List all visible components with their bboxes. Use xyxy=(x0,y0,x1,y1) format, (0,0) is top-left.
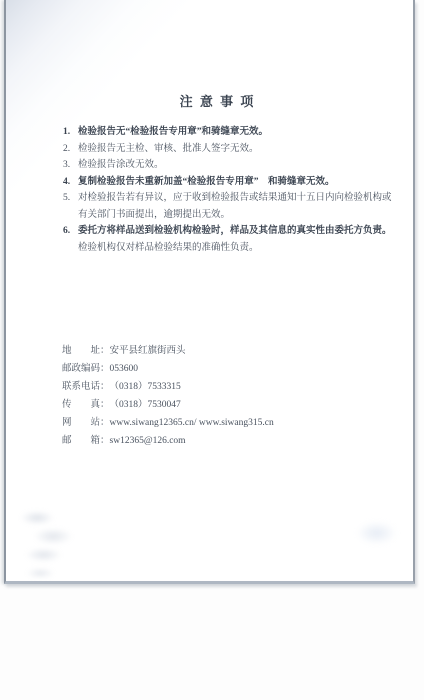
contact-label: 传 真： xyxy=(62,396,110,414)
contact-line: 邮政编码： 053600 xyxy=(62,360,274,378)
notice-item-line: 2. 检验报告无主检、审核、批准人签字无效。 xyxy=(63,141,379,158)
notice-item-number xyxy=(63,207,78,224)
notice-item-line: 1. 检验报告无“检验报告专用章”和骑缝章无效。 xyxy=(63,124,379,141)
notice-item-number: 5. xyxy=(63,190,78,207)
notice-item-number: 4. xyxy=(63,174,78,191)
notice-item-text: 检验报告无“检验报告专用章”和骑缝章无效。 xyxy=(78,124,379,141)
scan-tint-artifact xyxy=(343,513,399,553)
contact-label: 邮 箱： xyxy=(62,432,110,450)
contact-value: www.siwang12365.cn/ www.siwang315.cn xyxy=(110,414,274,432)
notice-item-number: 3. xyxy=(63,157,78,174)
notice-item-text: 复制检验报告未重新加盖“检验报告专用章” 和骑缝章无效。 xyxy=(78,174,379,191)
notice-list: 1. 检验报告无“检验报告专用章”和骑缝章无效。 2. 检验报告无主检、审核、批… xyxy=(63,124,379,256)
notice-item-number xyxy=(63,240,78,257)
notice-item-text: 检验机构仅对样品检验结果的准确性负责。 xyxy=(78,240,379,257)
notice-item-line: 5. 对检验报告若有异议，应于收到检验报告或结果通知十五日内向检验机构或 xyxy=(63,190,379,207)
contact-value: 安平县红旗街西头 xyxy=(110,342,186,360)
contact-line: 传 真： （0318）7530047 xyxy=(62,396,274,414)
notice-item-line: 3. 检验报告涂改无效。 xyxy=(63,157,379,174)
notice-item-line: 检验机构仅对样品检验结果的准确性负责。 xyxy=(63,240,379,257)
contact-label: 邮政编码： xyxy=(62,360,110,378)
notice-item-text: 对检验报告若有异议，应于收到检验报告或结果通知十五日内向检验机构或 xyxy=(78,190,392,207)
contact-label: 网 站： xyxy=(62,414,110,432)
notice-item-text: 检验报告涂改无效。 xyxy=(78,157,379,174)
contact-line: 邮 箱： sw12365@126.com xyxy=(62,432,274,450)
contact-line: 地 址： 安平县红旗街西头 xyxy=(62,342,274,360)
notice-item-number: 2. xyxy=(63,141,78,158)
notice-item-text: 委托方将样品送到检验机构检验时，样品及其信息的真实性由委托方负责。 xyxy=(78,223,392,240)
contact-value: （0318）7530047 xyxy=(110,396,181,414)
notice-item-number: 1. xyxy=(63,124,78,141)
contact-value: （0318）7533315 xyxy=(110,378,181,396)
contact-label: 地 址： xyxy=(62,342,110,360)
notice-item-line: 有关部门书面提出，逾期提出无效。 xyxy=(63,207,379,224)
contact-line: 联系电话： （0318）7533315 xyxy=(62,378,274,396)
bleed-through-artifact xyxy=(18,503,82,577)
notice-item-text: 有关部门书面提出，逾期提出无效。 xyxy=(78,207,379,224)
contact-info-block: 地 址： 安平县红旗街西头 邮政编码： 053600 联系电话： （0318）7… xyxy=(62,342,274,450)
contact-value: 053600 xyxy=(110,360,139,378)
contact-line: 网 站： www.siwang12365.cn/ www.siwang315.c… xyxy=(62,414,274,432)
notice-item-line: 4. 复制检验报告未重新加盖“检验报告专用章” 和骑缝章无效。 xyxy=(63,174,379,191)
contact-value: sw12365@126.com xyxy=(110,432,186,450)
notice-item-number: 6. xyxy=(63,223,78,240)
scanned-document-page: 注 意 事 项 1. 检验报告无“检验报告专用章”和骑缝章无效。 2. 检验报告… xyxy=(4,0,415,584)
page-title: 注 意 事 项 xyxy=(6,91,413,110)
notice-item-line: 6. 委托方将样品送到检验机构检验时，样品及其信息的真实性由委托方负责。 xyxy=(63,223,379,240)
contact-label: 联系电话： xyxy=(62,378,110,396)
notice-item-text: 检验报告无主检、审核、批准人签字无效。 xyxy=(78,141,379,158)
